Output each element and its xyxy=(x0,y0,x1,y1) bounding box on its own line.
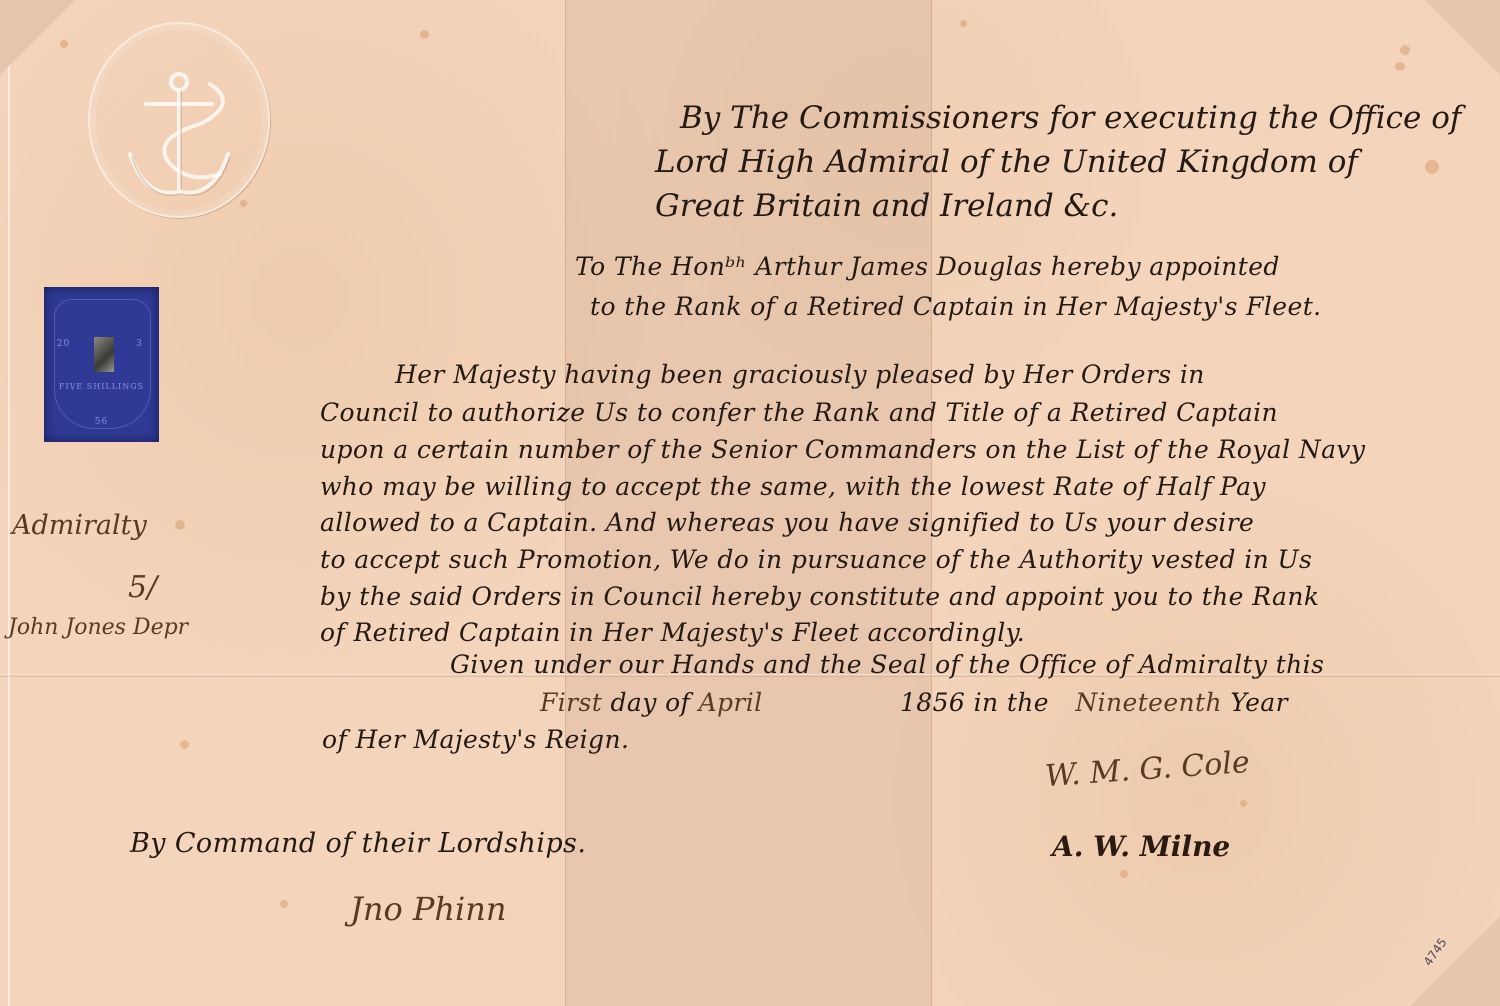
folded-corner-top-right xyxy=(1425,0,1500,75)
date-day-of: day of xyxy=(611,688,691,717)
date-month-handwritten: April xyxy=(699,688,763,717)
heading-line-2: Lord High Admiral of the United Kingdom … xyxy=(655,144,1358,180)
signature-lord-2: A. W. Milne xyxy=(1052,830,1230,863)
foxing-spot xyxy=(1240,800,1247,807)
foxing-spot xyxy=(60,40,68,48)
document-paper: 20 3 FIVE SHILLINGS 56 By The Commission… xyxy=(0,0,1500,1006)
anchor-icon xyxy=(90,24,268,216)
margin-note-office: Admiralty xyxy=(12,510,147,541)
signature-secretary: Jno Phinn xyxy=(350,890,506,928)
foxing-spot xyxy=(180,740,189,749)
foxing-spot xyxy=(1400,45,1410,55)
regnal-year-handwritten: Nineteenth xyxy=(1075,688,1222,717)
margin-note-fee: 5/ xyxy=(128,570,157,605)
date-day: First day of April xyxy=(540,688,763,717)
stamp-foil-patch xyxy=(94,337,114,372)
body-line-6: to accept such Promotion, We do in pursu… xyxy=(320,545,1312,574)
given-line: Given under our Hands and the Seal of th… xyxy=(450,650,1324,679)
foxing-spot xyxy=(175,520,185,530)
stamp-bottom-number: 56 xyxy=(44,417,159,427)
date-year-word: Year xyxy=(1230,688,1288,717)
addressee-line-2: to the Rank of a Retired Captain in Her … xyxy=(590,292,1321,321)
embossed-admiralty-seal xyxy=(88,22,270,218)
folded-corner-top-left xyxy=(0,0,75,75)
foxing-spot xyxy=(960,20,967,27)
revenue-stamp: 20 3 FIVE SHILLINGS 56 xyxy=(44,287,159,442)
reign-line: of Her Majesty's Reign. xyxy=(322,725,629,754)
date-year-value: 1856 xyxy=(900,688,965,717)
foxing-spot xyxy=(420,30,429,39)
body-line-3: upon a certain number of the Senior Comm… xyxy=(320,435,1365,464)
stamp-value: FIVE SHILLINGS xyxy=(44,382,159,391)
margin-note-clerk: John Jones Depr xyxy=(8,615,188,640)
body-line-4: who may be willing to accept the same, w… xyxy=(320,472,1266,501)
command-line: By Command of their Lordships. xyxy=(130,828,586,859)
signature-lord-1: W. M. G. Cole xyxy=(1044,745,1251,794)
left-edge-crease xyxy=(8,0,10,1006)
body-line-1: Her Majesty having been graciously pleas… xyxy=(395,360,1205,389)
addressee-line-1: To The Honᵇʰ Arthur James Douglas hereby… xyxy=(575,252,1280,281)
date-in-the: in the xyxy=(974,688,1049,717)
date-day-handwritten: First xyxy=(540,688,602,717)
body-line-7: by the said Orders in Council hereby con… xyxy=(320,582,1319,611)
foxing-spot xyxy=(1395,62,1405,71)
foxing-spot xyxy=(280,900,288,908)
body-line-5: allowed to a Captain. And whereas you ha… xyxy=(320,508,1254,537)
body-line-8: of Retired Captain in Her Majesty's Flee… xyxy=(320,618,1025,647)
date-year: 1856 in the Nineteenth Year xyxy=(900,688,1288,717)
foxing-spot xyxy=(1425,160,1439,174)
foxing-spot xyxy=(1120,870,1128,878)
heading-line-1: By The Commissioners for executing the O… xyxy=(680,100,1461,136)
body-line-2: Council to authorize Us to confer the Ra… xyxy=(320,398,1278,427)
heading-line-3: Great Britain and Ireland &c. xyxy=(655,188,1118,224)
